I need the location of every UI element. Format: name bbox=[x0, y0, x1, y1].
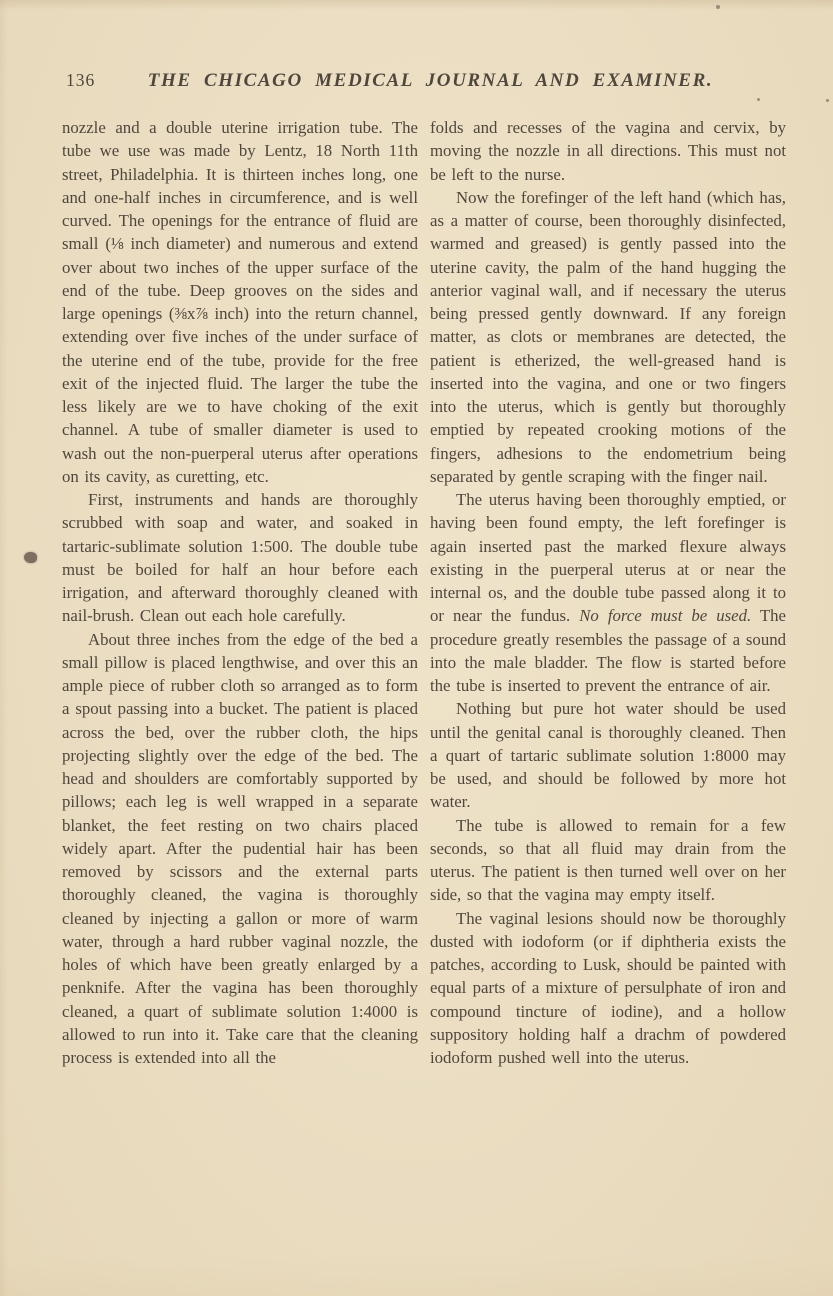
text-columns: nozzle and a double uterine irrigation t… bbox=[62, 116, 786, 1069]
paragraph: The vaginal lesions should now be thorou… bbox=[430, 907, 786, 1070]
paragraph: folds and recesses of the vagina and cer… bbox=[430, 116, 786, 186]
ink-speck-decoration bbox=[757, 98, 760, 101]
page-header: 136 THE CHICAGO MEDICAL JOURNAL AND EXAM… bbox=[0, 70, 833, 94]
paragraph: The tube is allowed to remain for a few … bbox=[430, 814, 786, 907]
paragraph: About three inches from the edge of the … bbox=[62, 628, 418, 1070]
ink-speck-decoration bbox=[716, 5, 720, 9]
ink-speck-decoration bbox=[826, 99, 829, 102]
left-column: nozzle and a double uterine irrigation t… bbox=[62, 116, 418, 1069]
paragraph-text: The uterus having been thoroughly emptie… bbox=[430, 490, 786, 625]
emphasized-text: No force must be used. bbox=[579, 606, 751, 625]
paragraph: The uterus having been thoroughly emptie… bbox=[430, 488, 786, 697]
paragraph: First, instruments and hands are thoroug… bbox=[62, 488, 418, 628]
right-column: folds and recesses of the vagina and cer… bbox=[430, 116, 786, 1069]
paragraph: Now the forefinger of the left hand (whi… bbox=[430, 186, 786, 488]
ink-spot-decoration bbox=[24, 552, 37, 563]
paragraph: Nothing but pure hot water should be use… bbox=[430, 697, 786, 813]
journal-title: THE CHICAGO MEDICAL JOURNAL AND EXAMINER… bbox=[0, 70, 833, 92]
paragraph: nozzle and a double uterine irrigation t… bbox=[62, 116, 418, 488]
